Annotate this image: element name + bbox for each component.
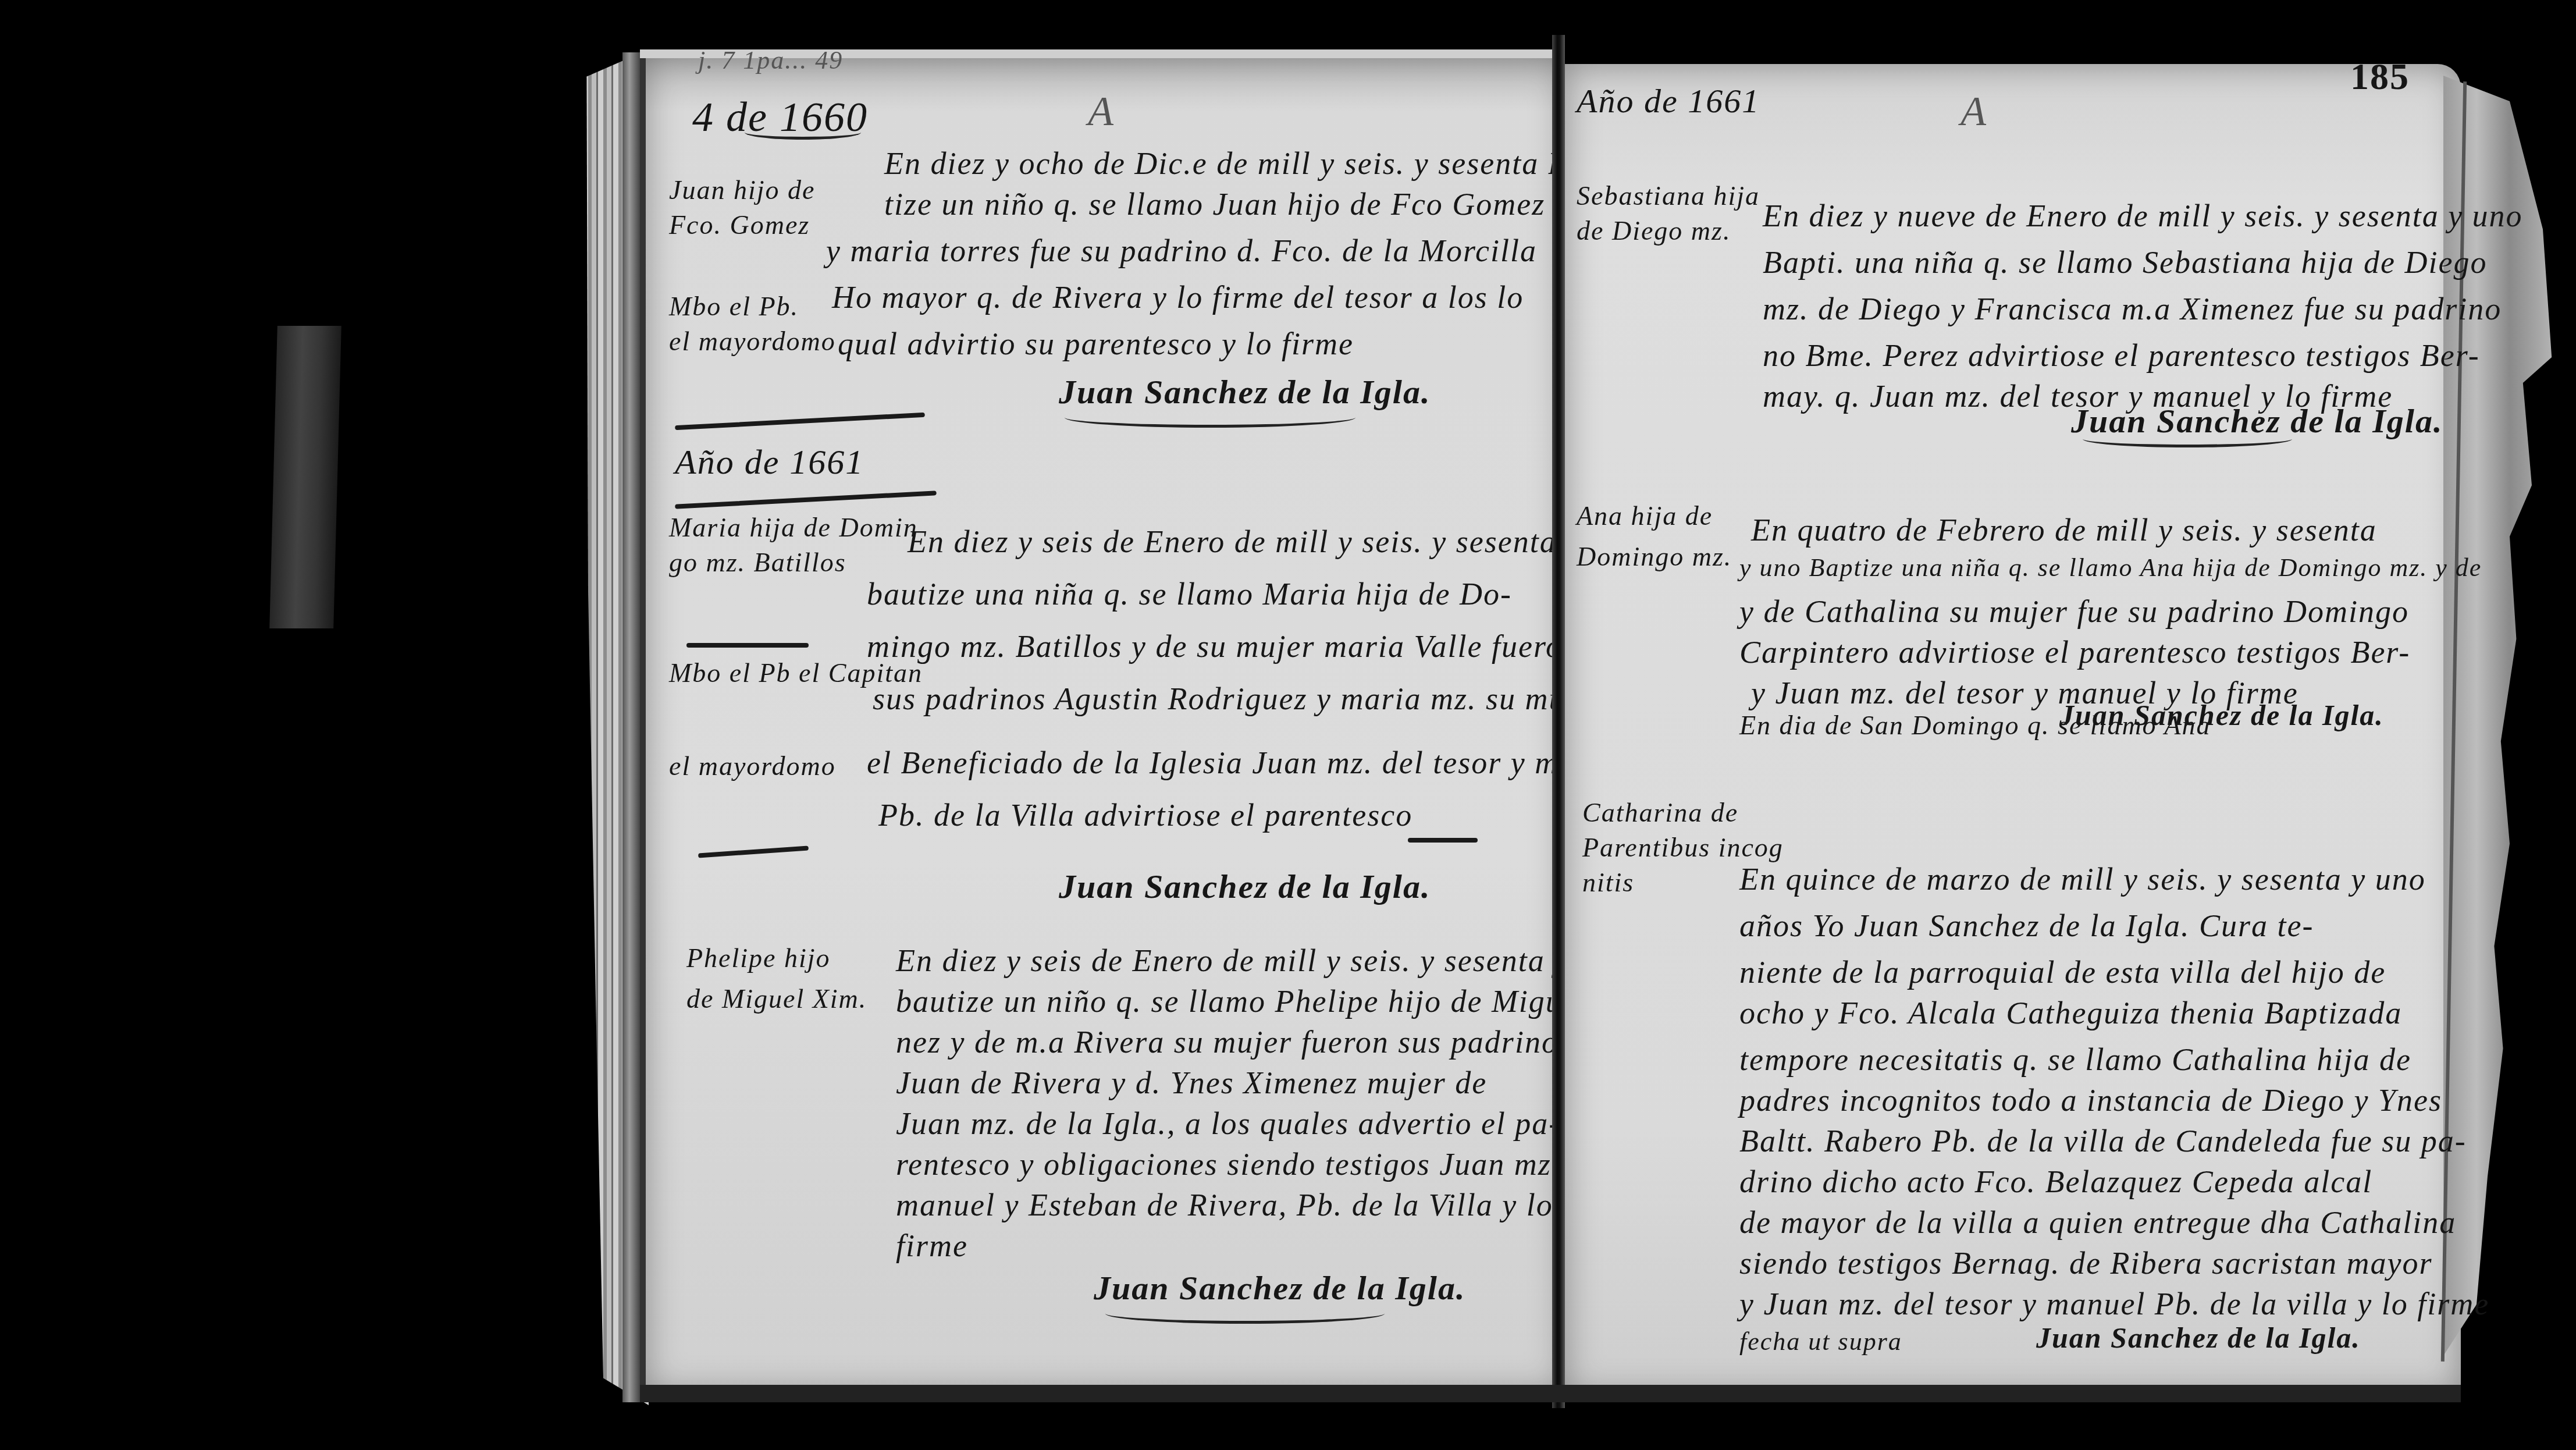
entry-line: fecha ut supra — [1739, 1327, 1902, 1356]
margin-note: Mbo el Pb. — [669, 291, 799, 322]
entry-line: padres incognitos todo a instancia de Di… — [1739, 1082, 2442, 1118]
entry-line: siendo testigos Bernag. de Ribera sacris… — [1739, 1245, 2432, 1281]
section-header: Año de 1661 — [675, 442, 864, 482]
top-edge-note: j. 7 1pa... 49 — [698, 45, 843, 75]
entry-line: firme — [896, 1228, 968, 1264]
margin-name: Parentibus incog — [1582, 832, 1784, 863]
book-bottom-edge — [640, 1385, 2461, 1402]
entry-line: no Bme. Perez advirtiose el parentesco t… — [1763, 337, 2480, 374]
entry-line: Juan mz. de la Igla., a los quales adver… — [896, 1106, 1560, 1142]
entry-line: manuel y Esteban de Rivera, Pb. de la Vi… — [896, 1187, 1553, 1223]
margin-name: de Miguel Xim. — [686, 983, 867, 1014]
priest-signature: Juan Sanchez de la Igla. — [1094, 1268, 1465, 1307]
entry-line: y uno Baptize una niña q. se llamo Ana h… — [1739, 553, 2482, 582]
margin-name: nitis — [1582, 867, 1634, 898]
left-page-center-mark: A — [1088, 87, 1115, 136]
entry-line: tempore necesitatis q. se llamo Cathalin… — [1739, 1042, 2411, 1078]
margin-name: Juan hijo de — [669, 175, 815, 205]
margin-name: Fco. Gomez — [669, 209, 810, 240]
entry-line: Juan de Rivera y d. Ynes Ximenez mujer d… — [896, 1065, 1487, 1101]
entry-line: y maria torres fue su padrino d. Fco. de… — [826, 233, 1537, 269]
entry-line: bautize un niño q. se llamo Phelipe hijo… — [896, 983, 1666, 1019]
entry-line: tize un niño q. se llamo Juan hijo de Fc… — [884, 186, 1545, 222]
margin-name: go mz. Batillos — [669, 547, 846, 578]
margin-name: Domingo mz. — [1577, 541, 1732, 572]
entry-line: y Juan mz. del tesor y manuel Pb. de la … — [1739, 1286, 2489, 1322]
entry-line: En diez y ocho de Dic.e de mill y seis. … — [884, 145, 1611, 182]
entry-line: qual advirtio su parentesco y lo firme — [838, 326, 1354, 362]
entry-line: En diez y nueve de Enero de mill y seis.… — [1763, 198, 2523, 234]
signature-flourish — [2083, 431, 2292, 447]
entry-line: años Yo Juan Sanchez de la Igla. Cura te… — [1739, 908, 2314, 944]
signature-flourish — [1105, 1303, 1385, 1324]
entry-line: mz. de Diego y Francisca m.a Ximenez fue… — [1763, 291, 2502, 327]
entry-line: de mayor de la villa a quien entregue dh… — [1739, 1204, 2456, 1241]
right-page-center-mark: A — [1961, 87, 1987, 136]
entry-line: drino dicho acto Fco. Belazquez Cepeda a… — [1739, 1164, 2372, 1200]
entry-line: bautize una niña q. se llamo Maria hija … — [867, 576, 1512, 612]
entry-line: y de Cathalina su mujer fue su padrino D… — [1739, 593, 2409, 630]
margin-name: Catharina de — [1582, 797, 1738, 828]
book-cover-strip — [269, 326, 341, 628]
margin-note: el mayordomo — [669, 326, 836, 357]
margin-name: de Diego mz. — [1577, 215, 1731, 246]
page-edge-shadow — [622, 52, 640, 1402]
entry-line: niente de la parroquial de esta villa de… — [1739, 954, 2386, 990]
right-page-header: Año de 1661 — [1577, 81, 1760, 120]
entry-line: Ho mayor q. de Rivera y lo firme del tes… — [832, 279, 1524, 315]
priest-signature: Juan Sanchez de la Igla. — [1059, 867, 1431, 906]
entry-line: el Beneficiado de la Iglesia Juan mz. de… — [867, 745, 1634, 781]
page-number: 185 — [2350, 55, 2410, 98]
entry-line: Carpintero advirtiose el parentesco test… — [1739, 634, 2410, 670]
entry-line: En quince de marzo de mill y seis. y ses… — [1739, 861, 2426, 897]
signature-flourish — [1065, 407, 1355, 428]
priest-signature: Juan Sanchez de la Igla. — [2036, 1321, 2361, 1355]
priest-signature: Juan Sanchez de la Igla. — [1059, 372, 1431, 411]
entry-line: mingo mz. Batillos y de su mujer maria V… — [867, 628, 1579, 664]
margin-name: Ana hija de — [1577, 500, 1713, 531]
entry-line: En diez y seis de Enero de mill y seis. … — [908, 524, 1557, 560]
entry-line: En quatro de Febrero de mill y seis. y s… — [1751, 512, 2377, 548]
entry-line: Baltt. Rabero Pb. de la villa de Candele… — [1739, 1123, 2467, 1159]
margin-name: Phelipe hijo — [686, 943, 831, 973]
header-flourish — [745, 125, 861, 140]
entry-line: Pb. de la Villa advirtiose el parentesco — [878, 797, 1412, 833]
margin-note: el mayordomo — [669, 751, 836, 781]
margin-name: Sebastiana hija — [1577, 180, 1760, 211]
margin-name: Maria hija de Domin — [669, 512, 918, 543]
entry-line: sus padrinos Agustin Rodriguez y maria m… — [873, 681, 1604, 717]
separator-rule — [686, 643, 809, 648]
separator-rule — [1408, 838, 1478, 843]
entry-line: Bapti. una niña q. se llamo Sebastiana h… — [1763, 244, 2487, 280]
book-gutter — [1552, 35, 1565, 1408]
entry-line: ocho y Fco. Alcala Catheguiza thenia Bap… — [1739, 995, 2402, 1031]
priest-signature: Juan Sanchez de la Igla. — [2059, 698, 2384, 732]
entry-line: En diez y seis de Enero de mill y seis. … — [896, 943, 1629, 979]
